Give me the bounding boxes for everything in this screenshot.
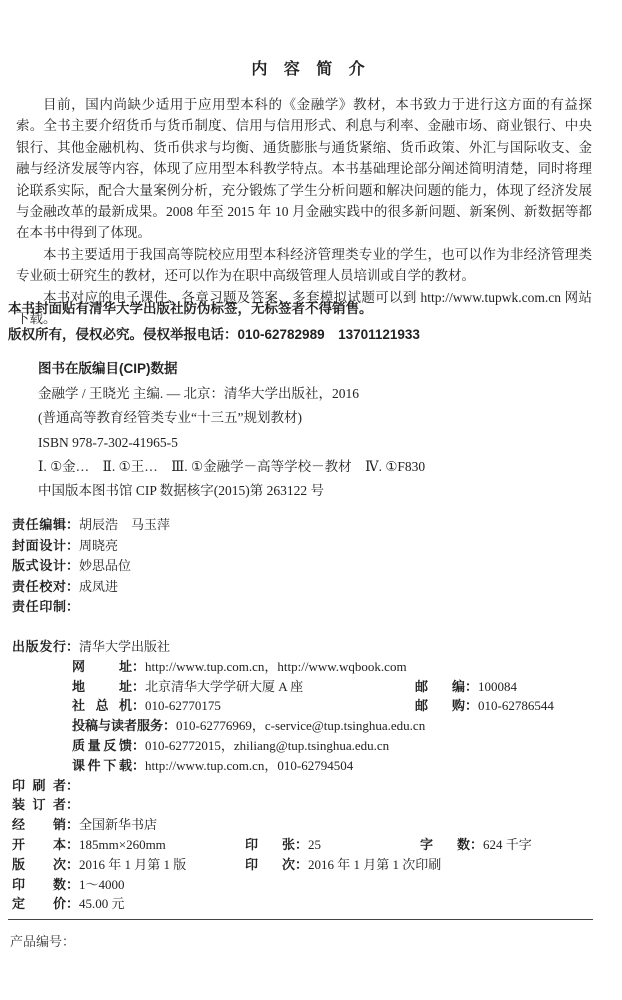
- field-label: 经销: [12, 814, 66, 833]
- distributor-value: 全国新华书店: [79, 817, 157, 832]
- colon: ：: [66, 778, 79, 793]
- staff-row-editor: 责任编辑：胡辰浩 马玉萍: [12, 514, 170, 535]
- colon: ：: [66, 558, 79, 573]
- product-number-label: 产品编号: [10, 934, 62, 949]
- field-label: 装订者: [12, 794, 66, 813]
- mail-order-value: 010-62786544: [478, 698, 554, 713]
- colon: ：: [66, 538, 79, 553]
- format-row: 开本：185mm×260mm 印张：25 字数：624 千字: [0, 834, 622, 854]
- anti-counterfeit-notice: 本书封面贴有清华大学出版社防伪标签，无标签者不得销售。: [8, 296, 610, 322]
- cip-series-line: (普通高等教育经管类专业“十三五”规划教材): [38, 406, 598, 430]
- field-label: 责任印制: [12, 596, 66, 615]
- staff-row-layout-design: 版式设计：妙思品位: [12, 555, 170, 576]
- sheets-value: 25: [308, 837, 321, 852]
- bindery-row: 装订者：: [0, 794, 622, 814]
- field-label: 出版发行: [12, 636, 66, 655]
- field-label: 版式设计: [12, 555, 66, 574]
- field-label: 印刷者: [12, 775, 66, 794]
- mail-order-field: 邮购：010-62786544: [415, 695, 554, 714]
- address-row: 地址：北京清华大学学研大厦 A 座 邮编：100084: [0, 676, 622, 696]
- cip-record-number-line: 中国版本图书馆 CIP 数据核字(2015)第 263122 号: [38, 479, 598, 503]
- field-label: 封面设计: [12, 535, 66, 554]
- content-summary-title: 内 容 简 介: [0, 56, 622, 79]
- cip-data: 金融学 / 王晓光 主编. — 北京：清华大学出版社，2016 (普通高等教育经…: [38, 382, 598, 503]
- postcode-field: 邮编：100084: [415, 676, 517, 695]
- colon: ：: [66, 896, 79, 911]
- colon: ：: [132, 758, 145, 773]
- field-label: 质量反馈: [72, 735, 132, 754]
- publisher-row: 出版发行：清华大学出版社: [0, 636, 622, 656]
- field-label: 课件下载: [72, 755, 132, 774]
- edition-value: 2016 年 1 月第 1 版: [79, 857, 186, 872]
- courseware-download-value: http://www.tup.com.cn，010-62794504: [145, 758, 353, 773]
- field-label: 责任编辑: [12, 514, 66, 533]
- colon: ：: [470, 837, 483, 852]
- print-run-value: 1～4000: [79, 877, 125, 892]
- field-label: 地址: [72, 676, 132, 695]
- reader-service-row: 投稿与读者服务：010-62776969，c-service@tup.tsing…: [0, 715, 622, 735]
- staff-row-print-supervisor: 责任印制：: [12, 596, 170, 617]
- summary-paragraph-2: 本书主要适用于我国高等院校应用型本科经济管理类专业的学生，也可以作为非经济管理类…: [16, 244, 592, 287]
- field-label: 投稿与读者服务: [72, 715, 163, 734]
- distributor-row: 经销：全国新华书店: [0, 814, 622, 834]
- colon: ：: [66, 817, 79, 832]
- content-summary: 目前，国内尚缺少适用于应用型本科的《金融学》教材，本书致力于进行这方面的有益探索…: [16, 94, 592, 329]
- publication-info: 出版发行：清华大学出版社 网址：http://www.tup.com.cn，ht…: [0, 636, 622, 913]
- field-label: 责任校对: [12, 576, 66, 595]
- field-label: 邮编: [415, 676, 465, 695]
- colon: ：: [465, 698, 478, 713]
- impression-value: 2016 年 1 月第 1 次印刷: [308, 857, 441, 872]
- colon: ：: [295, 857, 308, 872]
- cip-heading: 图书在版编目(CIP)数据: [38, 357, 178, 377]
- cip-classification-line: Ⅰ. ①金… Ⅱ. ①王… Ⅲ. ①金融学－高等学校－教材 Ⅳ. ①F830: [38, 455, 598, 479]
- colon: ：: [295, 837, 308, 852]
- colon: ：: [132, 698, 145, 713]
- field-label: 印张: [245, 834, 295, 853]
- copyright-page: 内 容 简 介 目前，国内尚缺少适用于应用型本科的《金融学》教材，本书致力于进行…: [0, 0, 622, 1000]
- switchboard-value: 010-62770175: [145, 698, 221, 713]
- colon: ：: [62, 934, 75, 949]
- website-urls: http://www.tup.com.cn，http://www.wqbook.…: [145, 659, 407, 674]
- word-count-field: 字数：624 千字: [420, 834, 532, 853]
- colon: ：: [163, 718, 176, 733]
- colon: ：: [66, 639, 79, 654]
- impression-field: 印次：2016 年 1 月第 1 次印刷: [245, 854, 441, 873]
- rights-reserved-notice: 版权所有，侵权必究。侵权举报电话：010-62782989 1370112193…: [8, 322, 610, 348]
- address-value: 北京清华大学学研大厦 A 座: [145, 679, 303, 694]
- word-count-value: 624 千字: [483, 837, 532, 852]
- price-value: 45.00 元: [79, 896, 125, 911]
- staff-row-proofreader: 责任校对：成凤进: [12, 576, 170, 597]
- switchboard-row: 社总机：010-62770175 邮购：010-62786544: [0, 695, 622, 715]
- field-value: 成凤进: [79, 579, 118, 594]
- field-label: 印次: [245, 854, 295, 873]
- field-label: 字数: [420, 834, 470, 853]
- field-label: 定价: [12, 893, 66, 912]
- staff-credits: 责任编辑：胡辰浩 马玉萍 封面设计：周晓亮 版式设计：妙思品位 责任校对：成凤进…: [12, 514, 170, 617]
- colon: ：: [132, 659, 145, 674]
- footer-divider: [8, 919, 593, 920]
- sheets-field: 印张：25: [245, 834, 321, 853]
- colon: ：: [465, 679, 478, 694]
- field-value: 妙思品位: [79, 558, 131, 573]
- format-value: 185mm×260mm: [79, 837, 166, 852]
- colon: ：: [66, 599, 79, 614]
- printer-row: 印刷者：: [0, 775, 622, 795]
- colon: ：: [132, 738, 145, 753]
- product-number-field: 产品编号：: [10, 931, 75, 950]
- cip-title-line: 金融学 / 王晓光 主编. — 北京：清华大学出版社，2016: [38, 382, 598, 406]
- colon: ：: [66, 517, 79, 532]
- colon: ：: [66, 877, 79, 892]
- field-label: 版次: [12, 854, 66, 873]
- field-label: 开本: [12, 834, 66, 853]
- field-label: 网址: [72, 656, 132, 675]
- colon: ：: [132, 679, 145, 694]
- staff-row-cover-design: 封面设计：周晓亮: [12, 535, 170, 556]
- cip-isbn-line: ISBN 978-7-302-41965-5: [38, 431, 598, 455]
- reader-service-value: 010-62776969，c-service@tup.tsinghua.edu.…: [176, 718, 425, 733]
- print-run-row: 印数：1～4000: [0, 874, 622, 894]
- quality-feedback-value: 010-62772015，zhiliang@tup.tsinghua.edu.c…: [145, 738, 389, 753]
- field-value: 胡辰浩 马玉萍: [79, 517, 170, 532]
- summary-paragraph-1: 目前，国内尚缺少适用于应用型本科的《金融学》教材，本书致力于进行这方面的有益探索…: [16, 94, 592, 244]
- field-label: 社总机: [72, 695, 132, 714]
- courseware-download-row: 课件下载：http://www.tup.com.cn，010-62794504: [0, 755, 622, 775]
- colon: ：: [66, 797, 79, 812]
- edition-row: 版次：2016 年 1 月第 1 版 印次：2016 年 1 月第 1 次印刷: [0, 854, 622, 874]
- website-row: 网址：http://www.tup.com.cn，http://www.wqbo…: [0, 656, 622, 676]
- colon: ：: [66, 857, 79, 872]
- quality-feedback-row: 质量反馈：010-62772015，zhiliang@tup.tsinghua.…: [0, 735, 622, 755]
- publisher-name: 清华大学出版社: [79, 639, 170, 654]
- field-label: 印数: [12, 874, 66, 893]
- copyright-notices: 本书封面贴有清华大学出版社防伪标签，无标签者不得销售。 版权所有，侵权必究。侵权…: [8, 296, 610, 348]
- postcode-value: 100084: [478, 679, 517, 694]
- field-label: 邮购: [415, 695, 465, 714]
- field-value: 周晓亮: [79, 538, 118, 553]
- colon: ：: [66, 837, 79, 852]
- price-row: 定价：45.00 元: [0, 893, 622, 913]
- colon: ：: [66, 579, 79, 594]
